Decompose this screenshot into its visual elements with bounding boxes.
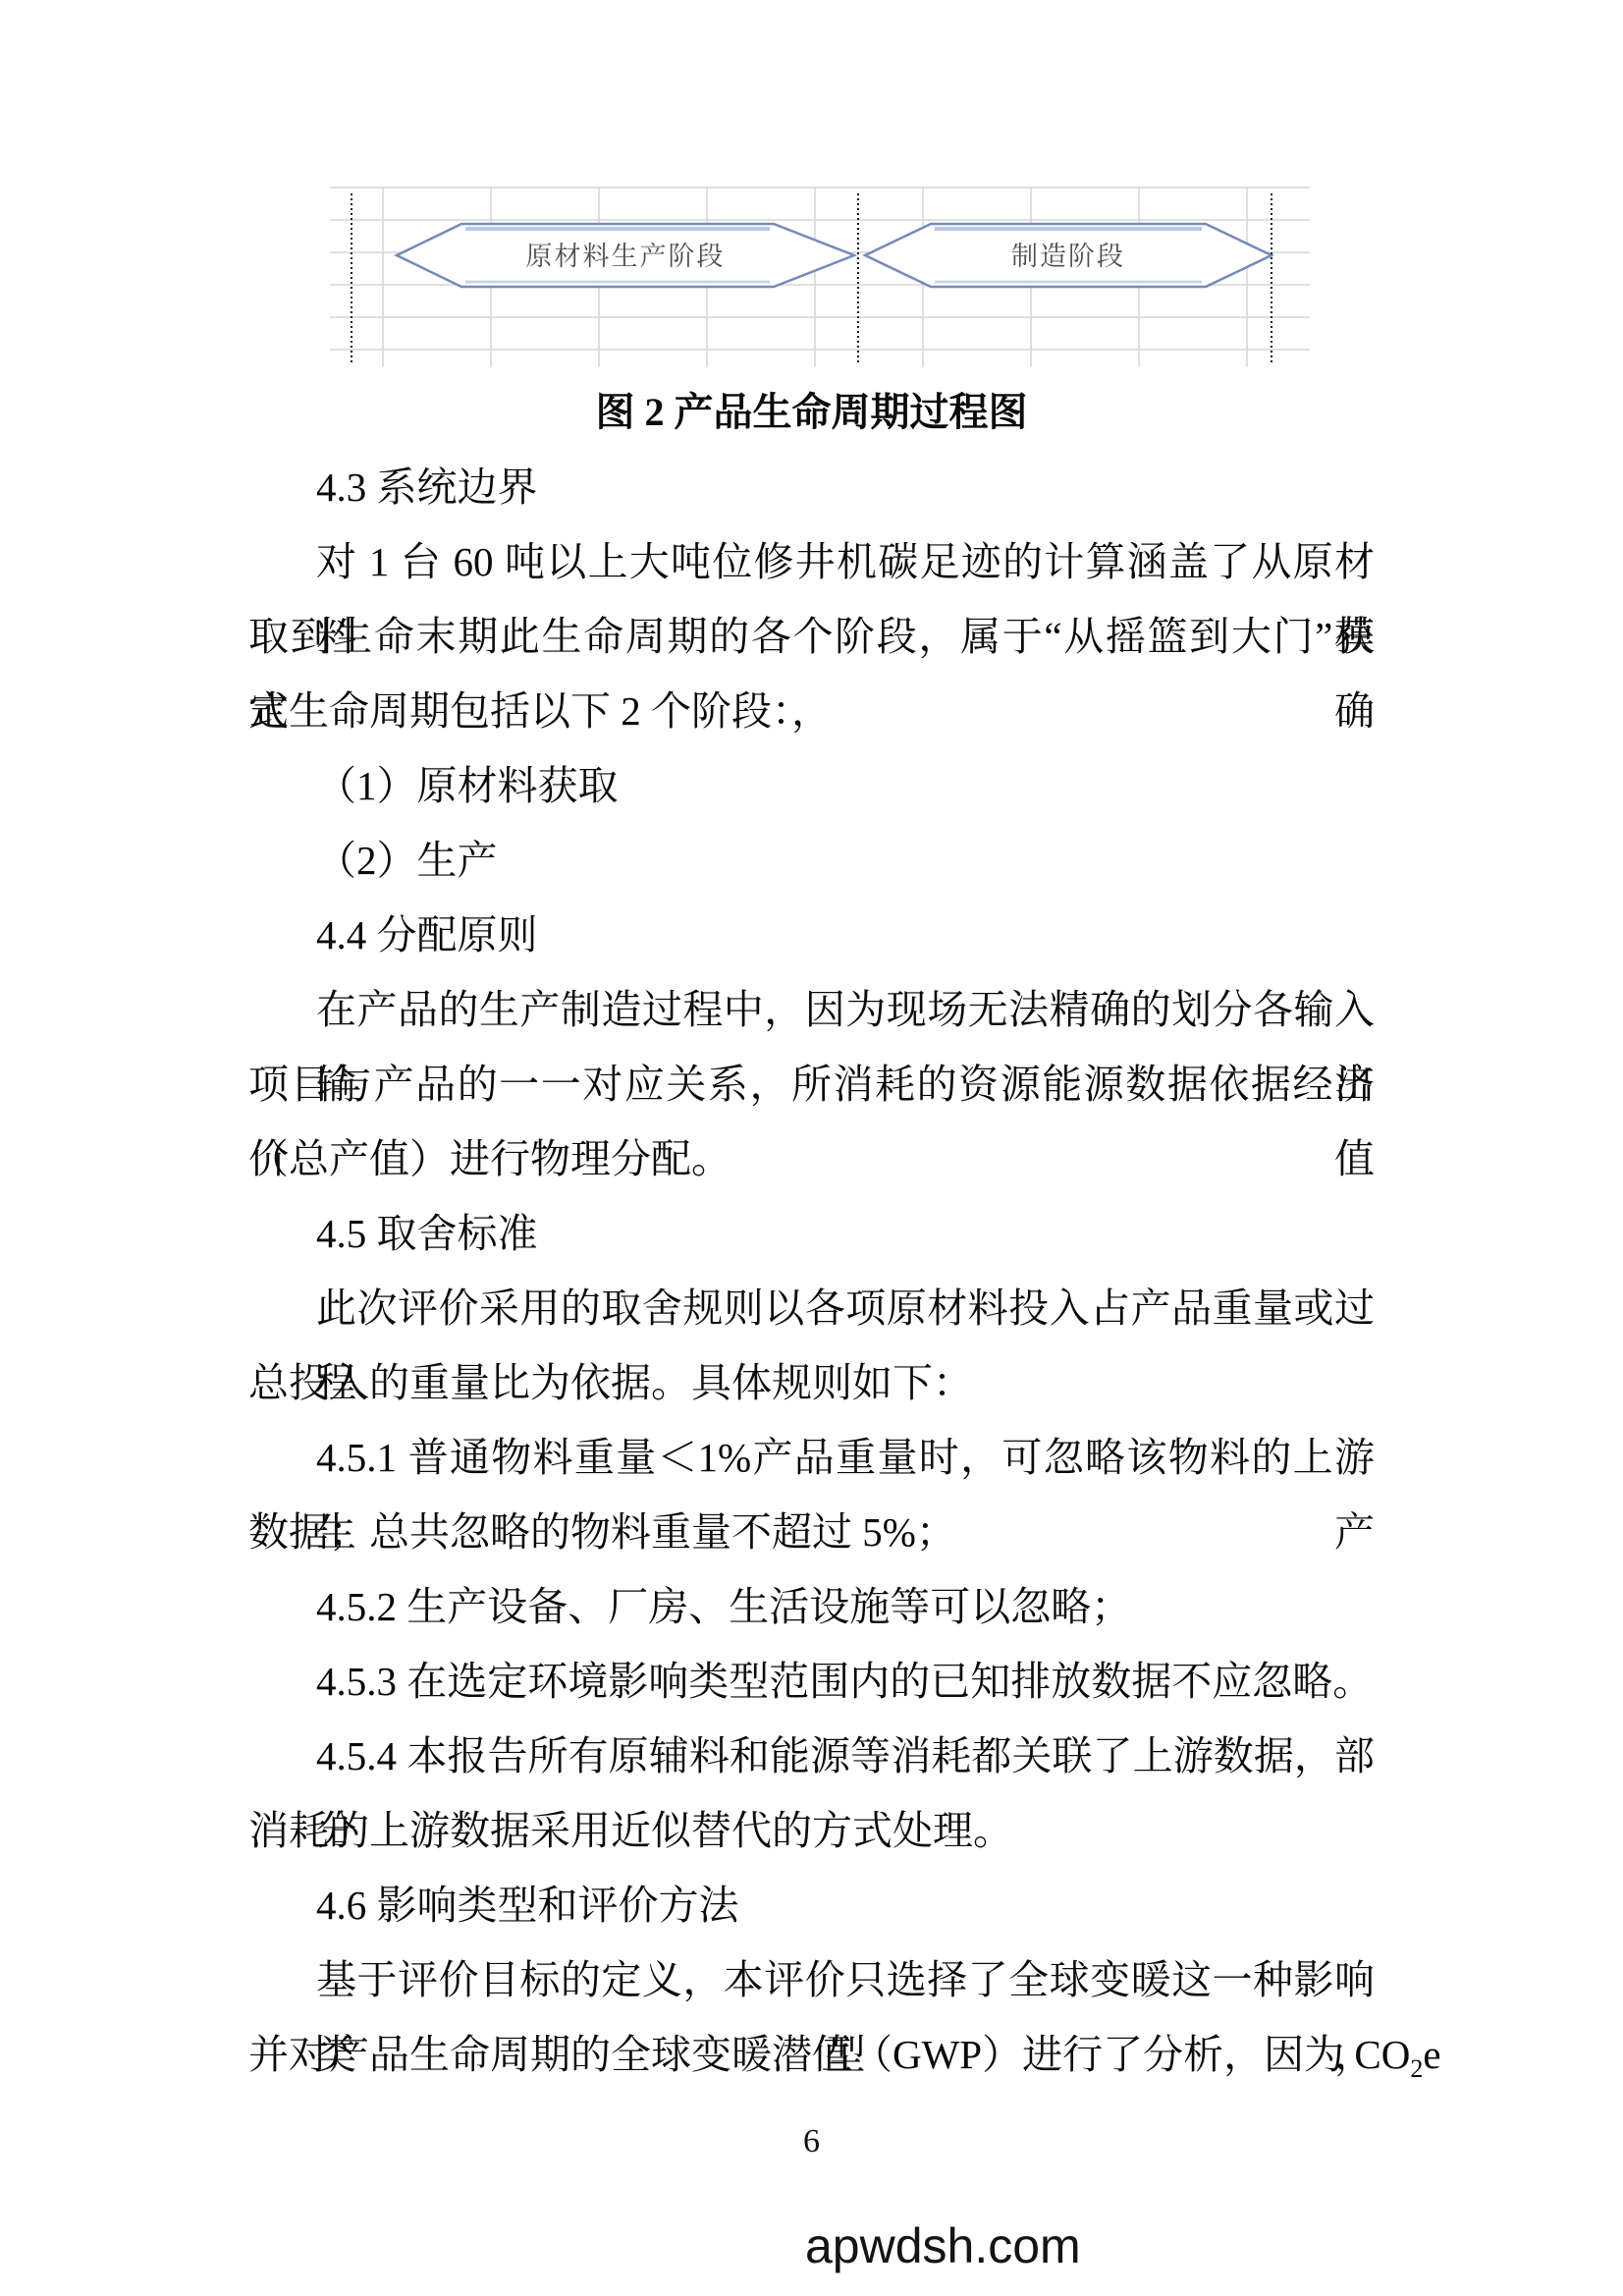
body-line-co2e: 并对产品生命周期的全球变暖潜值（GWP）进行了分析，因为 CO2e xyxy=(248,2017,1375,2092)
body-line-text: 并对产品生命周期的全球变暖潜值（GWP）进行了分析，因为 CO xyxy=(248,2032,1410,2077)
section-heading-4-3: 4.3 系统边界 xyxy=(248,450,1375,524)
body-line: 总投入的重量比为依据。具体规则如下： xyxy=(248,1345,1375,1420)
body-line: 对 1 台 60 吨以上大吨位修井机碳足迹的计算涵盖了从原材料获 xyxy=(248,524,1375,599)
lifecycle-figure-canvas: 原材料生产阶段 制造阶段 xyxy=(324,126,1316,369)
section-heading-4-6: 4.6 影响类型和评价方法 xyxy=(248,1868,1375,1942)
body-line-text: e xyxy=(1423,2032,1440,2077)
body-line: 在产品的生产制造过程中，因为现场无法精确的划分各输入输出 xyxy=(248,972,1375,1047)
document-body: 图 2 产品生命周期过程图 4.3 系统边界 对 1 台 60 吨以上大吨位修井… xyxy=(248,375,1375,2092)
list-item-1: （1）原材料获取 xyxy=(248,748,1375,823)
section-heading-4-5: 4.5 取舍标准 xyxy=(248,1196,1375,1271)
stage2-hexagon-label: 制造阶段 xyxy=(1011,242,1125,271)
lifecycle-figure: 原材料生产阶段 制造阶段 xyxy=(324,126,1316,369)
stage1-hexagon-label: 原材料生产阶段 xyxy=(526,242,726,271)
page-number: 6 xyxy=(0,2123,1623,2160)
body-line: 消耗的上游数据采用近似替代的方式处理。 xyxy=(248,1793,1375,1868)
watermark: apwdsh.com xyxy=(805,2217,1081,2274)
list-item-2: （2）生产 xyxy=(248,823,1375,898)
rule-4-5-3: 4.5.3 在选定环境影响类型范围内的已知排放数据不应忽略。 xyxy=(248,1644,1375,1719)
section-heading-4-4: 4.4 分配原则 xyxy=(248,898,1375,972)
rule-4-5-4: 4.5.4 本报告所有原辅料和能源等消耗都关联了上游数据，部分 xyxy=(248,1719,1375,1793)
figure-caption: 图 2 产品生命周期过程图 xyxy=(248,375,1375,450)
rule-4-5-2: 4.5.2 生产设备、厂房、生活设施等可以忽略； xyxy=(248,1569,1375,1644)
rule-4-5-1: 4.5.1 普通物料重量＜1%产品重量时，可忽略该物料的上游生产 xyxy=(248,1420,1375,1495)
co2-subscript: 2 xyxy=(1410,2054,1423,2083)
body-line: 此次评价采用的取舍规则以各项原材料投入占产品重量或过程 xyxy=(248,1271,1375,1345)
body-line: 取到生命末期此生命周期的各个阶段，属于“从摇篮到大门”模式，确 xyxy=(248,599,1375,674)
body-line: 项目与产品的一一对应关系，所消耗的资源能源数据依据经济价值 xyxy=(248,1047,1375,1121)
document-page: 原材料生产阶段 制造阶段 图 2 产品生命周期过程图 4.3 系统边界 对 1 … xyxy=(0,0,1623,2296)
body-line: 基于评价目标的定义，本评价只选择了全球变暖这一种影响类型， xyxy=(248,1942,1375,2017)
